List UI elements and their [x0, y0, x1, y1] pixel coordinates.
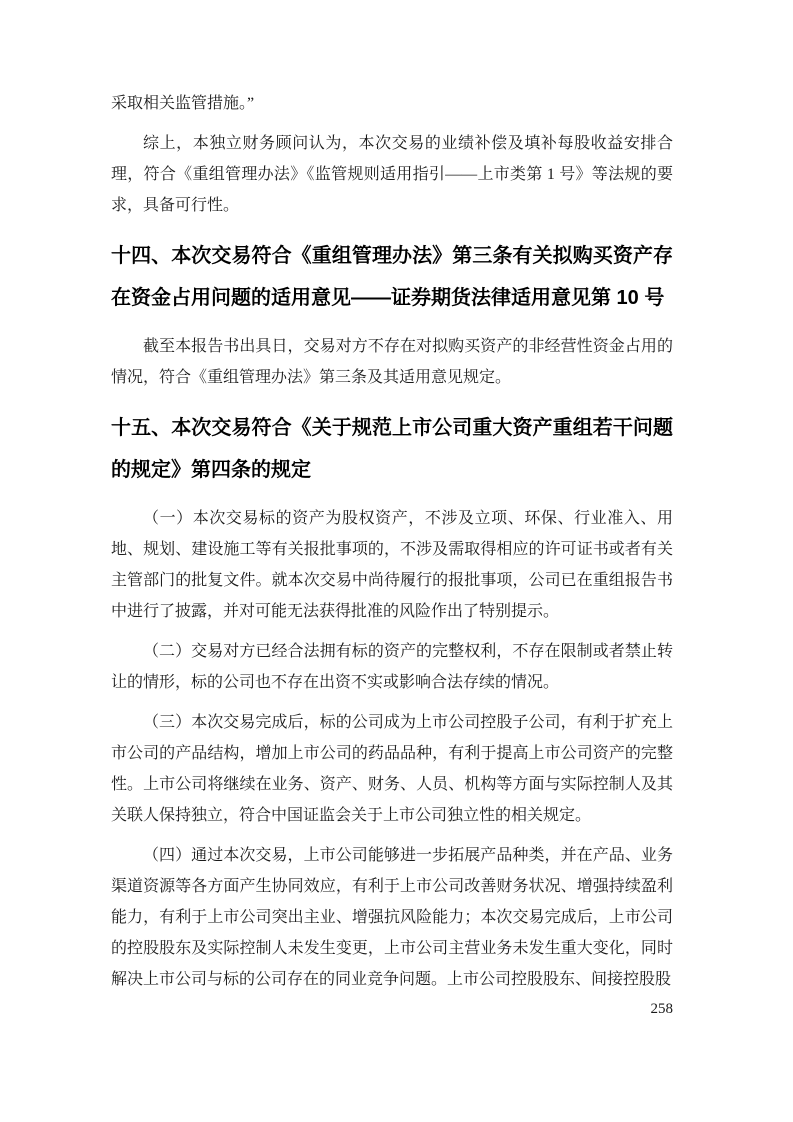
document-content: 采取相关监管措施。” 综上，本独立财务顾问认为，本次交易的业绩补偿及填补每股收益… [111, 88, 673, 995]
section-14-paragraph: 截至本报告书出具日，交易对方不存在对拟购买资产的非经营性资金占用的情况，符合《重… [111, 331, 673, 393]
section-15-item-4-paragraph: （四）通过本次交易，上市公司能够进一步拓展产品种类，并在产品、业务渠道资源等各方… [111, 840, 673, 995]
document-page: 采取相关监管措施。” 综上，本独立财务顾问认为，本次交易的业绩补偿及填补每股收益… [0, 0, 793, 1122]
section-15-item-2-paragraph: （二）交易对方已经合法拥有标的资产的完整权利，不存在限制或者禁止转让的情形，标的… [111, 636, 673, 698]
section-15-item-1-paragraph: （一）本次交易标的资产为股权资产，不涉及立项、环保、行业准入、用地、规划、建设施… [111, 503, 673, 627]
continuation-paragraph: 采取相关监管措施。” [111, 88, 673, 119]
advisor-conclusion-paragraph: 综上，本独立财务顾问认为，本次交易的业绩补偿及填补每股收益安排合理，符合《重组管… [111, 128, 673, 221]
section-15-heading: 十五、本次交易符合《关于规范上市公司重大资产重组若干问题的规定》第四条的规定 [111, 407, 673, 491]
page-number: 258 [651, 1000, 674, 1018]
section-14-heading: 十四、本次交易符合《重组管理办法》第三条有关拟购买资产存在资金占用问题的适用意见… [111, 235, 673, 319]
section-15-item-3-paragraph: （三）本次交易完成后，标的公司成为上市公司控股子公司，有利于扩充上市公司的产品结… [111, 707, 673, 831]
